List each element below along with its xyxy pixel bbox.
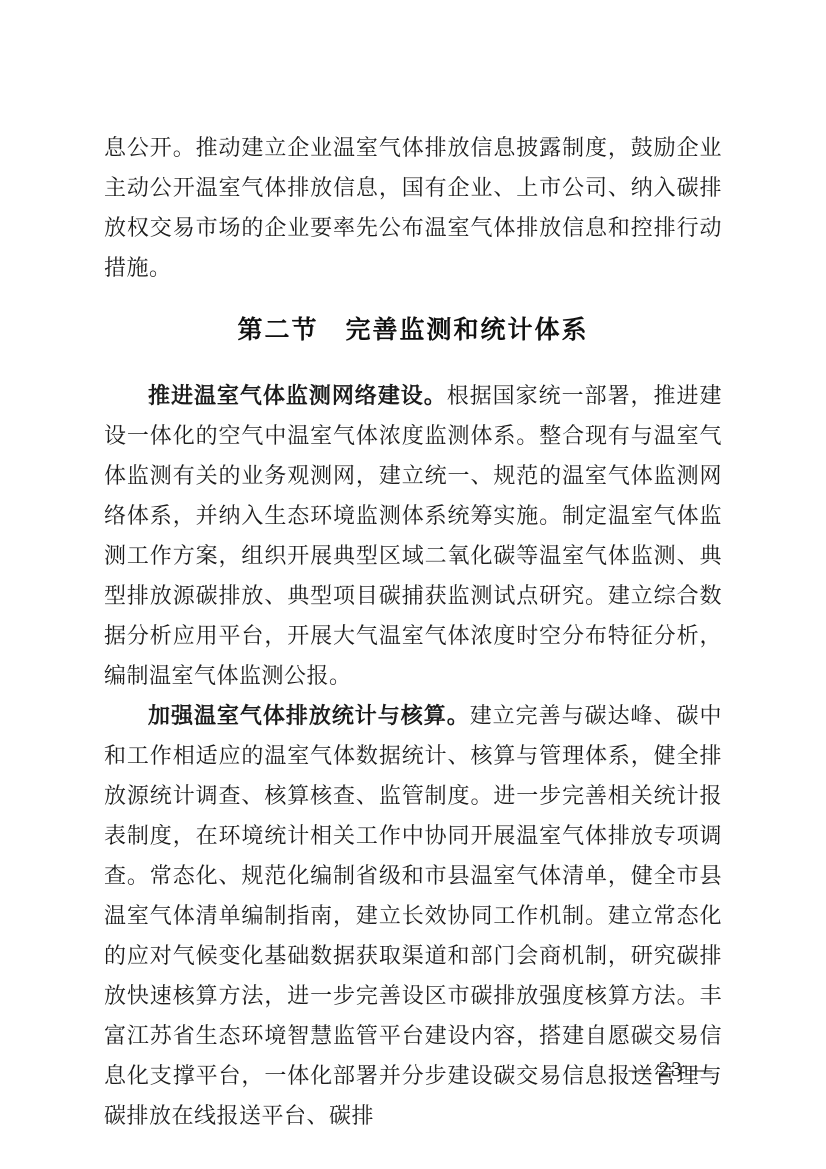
paragraph-lead-bold: 推进温室气体监测网络建设。 xyxy=(148,383,447,408)
page-number: — 23 — xyxy=(629,1057,715,1081)
paragraph-continued: 息公开。推动建立企业温室气体排放信息披露制度，鼓励企业主动公开温室气体排放信息，… xyxy=(104,128,722,288)
paragraph-monitoring-network: 推进温室气体监测网络建设。根据国家统一部署，推进建设一体化的空气中温室气体浓度监… xyxy=(104,376,722,696)
section-heading: 第二节 完善监测和统计体系 xyxy=(104,310,722,350)
paragraph-lead-bold: 加强温室气体排放统计与核算。 xyxy=(148,703,470,728)
document-page: 息公开。推动建立企业温室气体排放信息披露制度，鼓励企业主动公开温室气体排放信息，… xyxy=(0,0,826,1169)
paragraph-body-text: 根据国家统一部署，推进建设一体化的空气中温室气体浓度监测体系。整合现有与温室气体… xyxy=(104,383,722,688)
